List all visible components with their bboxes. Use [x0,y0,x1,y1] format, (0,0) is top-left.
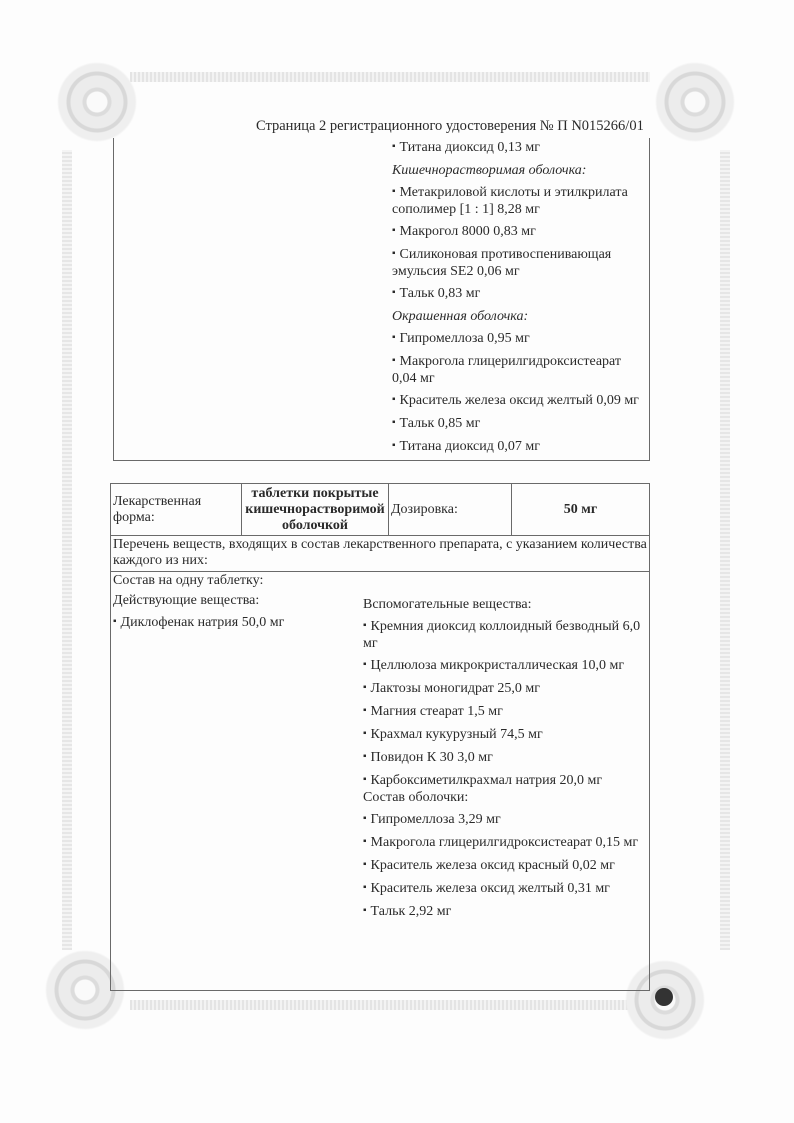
document-page: Страница 2 регистрационного удостоверени… [0,0,794,1123]
list-item: Карбоксиметилкрахмал натрия 20,0 мг [363,773,653,790]
list-item: Макрогол 8000 0,83 мг [392,224,647,241]
list-item: Гипромеллоза 0,95 мг [392,331,647,348]
composition-cell: Состав на одну таблетку: Действующие вещ… [111,572,650,991]
list-item: Кремния диоксид коллоидный безводный 6,0… [363,619,653,652]
table-row: Состав на одну таблетку: Действующие вещ… [111,572,650,991]
list-item: Повидон К 30 3,0 мг [363,750,653,767]
composition-title: Состав на одну таблетку: [113,573,647,589]
list-item: Титана диоксид 0,07 мг [392,439,647,456]
decorative-border-left [62,150,72,950]
substances-note: Перечень веществ, входящих в состав лека… [111,536,650,572]
list-item: Крахмал кукурузный 74,5 мг [363,727,653,744]
table-row: Лекарственная форма: таблетки покрытые к… [111,484,650,536]
excipients: Вспомогательные вещества: Кремния диокси… [363,597,653,927]
list-item: Лактозы моногидрат 25,0 мг [363,681,653,698]
list-item: Тальк 2,92 мг [363,904,653,921]
list-item: Тальк 0,83 мг [392,286,647,303]
list-item: Титана диоксид 0,13 мг [392,140,647,157]
list-item: Магния стеарат 1,5 мг [363,704,653,721]
form-value: таблетки покрытые кишечнорастворимой обо… [242,484,389,536]
decorative-border-bottom [130,1000,650,1010]
list-item: Краситель железа оксид желтый 0,31 мг [363,881,653,898]
list-item: Краситель железа оксид красный 0,02 мг [363,858,653,875]
list-item: Краситель железа оксид желтый 0,09 мг [392,393,647,410]
list-item: Метакриловой кислоты и этилкрилата сопол… [392,185,647,218]
list-item: Диклофенак натрия 50,0 мг [113,615,353,632]
section-heading: Состав оболочки: [363,790,653,806]
continuation-column: Титана диоксид 0,13 мг Кишечнорастворима… [392,140,647,462]
list-item: Силиконовая противоспенивающая эмульсия … [392,247,647,280]
dosage-value: 50 мг [512,484,650,536]
section-heading: Кишечнорастворимая оболочка: [392,163,647,179]
list-item: Макрогола глицерилгидроксистеарат 0,15 м… [363,835,653,852]
section-heading: Окрашенная оболочка: [392,309,647,325]
table-row: Перечень веществ, входящих в состав лека… [111,536,650,572]
form-label: Лекарственная форма: [111,484,242,536]
active-substances: Действующие вещества: Диклофенак натрия … [113,593,353,638]
list-item: Целлюлоза микрокристаллическая 10,0 мг [363,658,653,675]
composition-table: Лекарственная форма: таблетки покрытые к… [110,483,650,991]
page-header: Страница 2 регистрационного удостоверени… [256,118,644,135]
dosage-label: Дозировка: [389,484,512,536]
list-item: Гипромеллоза 3,29 мг [363,812,653,829]
section-heading: Действующие вещества: [113,593,353,609]
decorative-border-top [130,72,650,82]
rosette-ornament-icon [655,62,735,142]
seal-dot-icon [655,988,673,1006]
decorative-border-right [720,150,730,950]
continuation-box: Титана диоксид 0,13 мг Кишечнорастворима… [113,138,650,461]
section-heading: Вспомогательные вещества: [363,597,653,613]
rosette-ornament-icon [57,62,137,142]
list-item: Макрогола глицерилгидроксистеарат 0,04 м… [392,354,647,387]
list-item: Тальк 0,85 мг [392,416,647,433]
